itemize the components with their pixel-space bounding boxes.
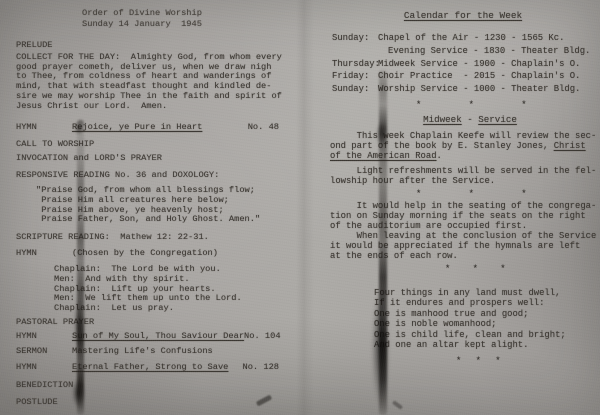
weekly-schedule: Sunday:Chapel of the Air - 1230 - 1565 K… [330,32,596,96]
paragraph-line: lowship hour after the Service. [330,176,596,186]
para-line: Jesus Christ our Lord. Amen. [16,102,284,112]
paragraph-line: it would be appreciated if the hymnals a… [330,241,596,251]
schedule-event: Evening Service - 1830 - Theater Bldg. [378,45,590,58]
poem-line: Four things in any land must dwell, [374,288,596,298]
paragraph-line: Light refreshments will be served in the… [330,166,596,176]
schedule-day: Friday: [332,70,378,83]
paragraph-line: tion on Sunday morning if the seats on t… [330,211,596,221]
hymn-title: Sun of My Soul, Thou Saviour Dear [72,331,244,342]
poem-line: One is child life, clean and bright; [374,330,596,340]
hymn-label: HYMN [16,362,72,373]
poem-line: One is noble womanhood; [374,319,596,329]
paragraph-line: ond part of the book by E. Stanley Jones… [330,141,596,151]
document-title: Order of Divine Worship Sunday 14 Januar… [16,8,268,29]
order-of-worship-items: PRELUDECOLLECT FOR THE DAY: Almighty God… [16,41,284,407]
announcement-paragraph: Light refreshments will be served in the… [330,166,596,186]
hymn-label: HYMN [16,331,72,342]
stars-separator: * * * [330,264,596,274]
paragraph-line: of the auditorium are occupied first. [330,221,596,231]
order-item-label: PASTORAL PRAYER [16,318,284,328]
midweek-heading: Midweek - Service [330,115,596,125]
hymn-row: HYMNEternal Father, Strong to SaveNo. 12… [16,362,284,373]
text-segment: of the auditorium are occupied first. [330,221,527,231]
text-segment: When leaving at the conclusion of the Se… [330,231,596,241]
announcement-paragraph: When leaving at the conclusion of the Se… [330,231,596,261]
quote-block: "Praise God, from whom all blessings flo… [16,186,284,225]
paragraph-line: It would help in the seating of the cong… [330,201,596,211]
schedule-row: Sunday:Worship Service - 1000 - Theater … [332,83,596,96]
hymn-number: No. 104 [244,331,286,342]
paragraph-line: of the American Road. [330,151,596,161]
paragraph-line: at the ends of each row. [330,251,596,261]
hymn-row: HYMN(Chosen by the Congregation) [16,248,284,259]
schedule-event: Midweek Service - 1900 - Chaplain's O. [378,58,580,71]
announcement-paragraph: It would help in the seating of the cong… [330,201,596,231]
order-item-label: CALL TO WORSHIP [16,140,284,150]
stars-separator: * * * [330,100,596,110]
schedule-day: Sunday: [332,32,378,45]
schedule-day: Thursday: [332,58,378,71]
text-segment: Calendar for the Week [404,10,522,21]
text-segment: ond part of the book by E. Stanley Jones… [330,141,554,151]
poem-line: And one an altar kept alight. [374,340,596,350]
paragraph-line: This week Chaplain Keefe will review the… [330,131,596,141]
text-segment: - [462,114,479,125]
schedule-row: Friday:Choir Practice - 2015 - Chaplain'… [332,70,596,83]
poem-line: One is manhood true and good; [374,309,596,319]
schedule-row: Sunday:Chapel of the Air - 1230 - 1565 K… [332,32,596,45]
hymn-note: (Chosen by the Congregation) [72,248,218,259]
schedule-event: Worship Service - 1000 - Theater Bldg. [378,83,580,96]
schedule-row: Thursday:Midweek Service - 1900 - Chapla… [332,58,596,71]
announcements: * * *Midweek - Service This week Chaplai… [330,100,596,366]
hymn-number: No. 128 [243,362,285,373]
schedule-event: Chapel of the Air - 1230 - 1565 Kc. [378,32,564,45]
order-of-worship-page: Order of Divine Worship Sunday 14 Januar… [16,8,284,407]
order-item-label: POSTLUDE [16,398,284,408]
hymn-row: HYMNSun of My Soul, Thou Saviour DearNo.… [16,331,284,342]
calendar-heading: Calendar for the Week [330,10,596,21]
schedule-row: Evening Service - 1830 - Theater Bldg. [332,45,596,58]
text-segment: at the ends of each row. [330,251,458,261]
text-segment: . [437,151,442,161]
text-segment: This week Chaplain Keefe will review the… [330,131,596,141]
order-item-label: SCRIPTURE READING: Mathew 12: 22-31. [16,233,284,243]
para-block: COLLECT FOR THE DAY: Almighty God, from … [16,53,284,112]
poem-block: Four things in any land must dwell,If it… [330,288,596,350]
hymn-title: Rejoice, ye Pure in Heart [72,122,202,133]
order-item-label: RESPONSIVE READING No. 36 and DOXOLOGY: [16,171,284,181]
text-segment: it would be appreciated if the hymnals a… [330,241,580,251]
page-fold-gutter [296,0,314,415]
dialog-line: Chaplain: Let us pray. [54,304,284,314]
stars-separator: * * * [330,356,596,366]
hymn-row: HYMNRejoice, ye Pure in HeartNo. 48 [16,122,284,133]
order-item-label: BENEDICTION [16,381,284,391]
hymn-number: No. 48 [248,122,284,133]
schedule-day: Sunday: [332,83,378,96]
announcement-paragraph: This week Chaplain Keefe will review the… [330,131,596,161]
text-segment: It would help in the seating of the cong… [330,201,596,211]
text-segment: Light refreshments will be served in the… [330,166,596,176]
sermon-title: Mastering Life's Confusions [72,346,213,357]
text-segment: tion on Sunday morning if the seats on t… [330,211,586,221]
text-segment: Service [478,114,517,125]
poem-line: If it endures and prospers well: [374,298,596,308]
order-item-label: PRELUDE [16,41,284,51]
paragraph-line: When leaving at the conclusion of the Se… [330,231,596,241]
hymn-title: Eternal Father, Strong to Save [72,362,228,373]
dialog-block: Chaplain: The Lord be with you.Men: And … [16,265,284,314]
order-item-label: INVOCATION and LORD'S PRAYER [16,154,284,164]
text-segment: Christ [554,141,586,151]
calendar-page: Calendar for the Week Sunday:Chapel of t… [330,10,596,366]
sermon-row: SERMONMastering Life's Confusions [16,346,284,357]
sermon-label: SERMON [16,346,72,357]
quote-line: Praise Father, Son, and Holy Ghost. Amen… [36,215,284,225]
scratch-mark [392,400,403,410]
schedule-day [332,45,378,58]
stars-separator: * * * [330,189,596,199]
scanned-bulletin: Order of Divine Worship Sunday 14 Januar… [0,0,600,415]
hymn-label: HYMN [16,122,72,133]
schedule-event: Choir Practice - 2015 - Chaplain's O. [378,70,580,83]
hymn-label: HYMN [16,248,72,259]
text-segment: of the American Road [330,151,437,161]
title-line: Sunday 14 January 1945 [16,19,268,30]
text-segment: Midweek [423,114,462,125]
text-segment: lowship hour after the Service. [330,176,495,186]
title-line: Order of Divine Worship [16,8,268,19]
